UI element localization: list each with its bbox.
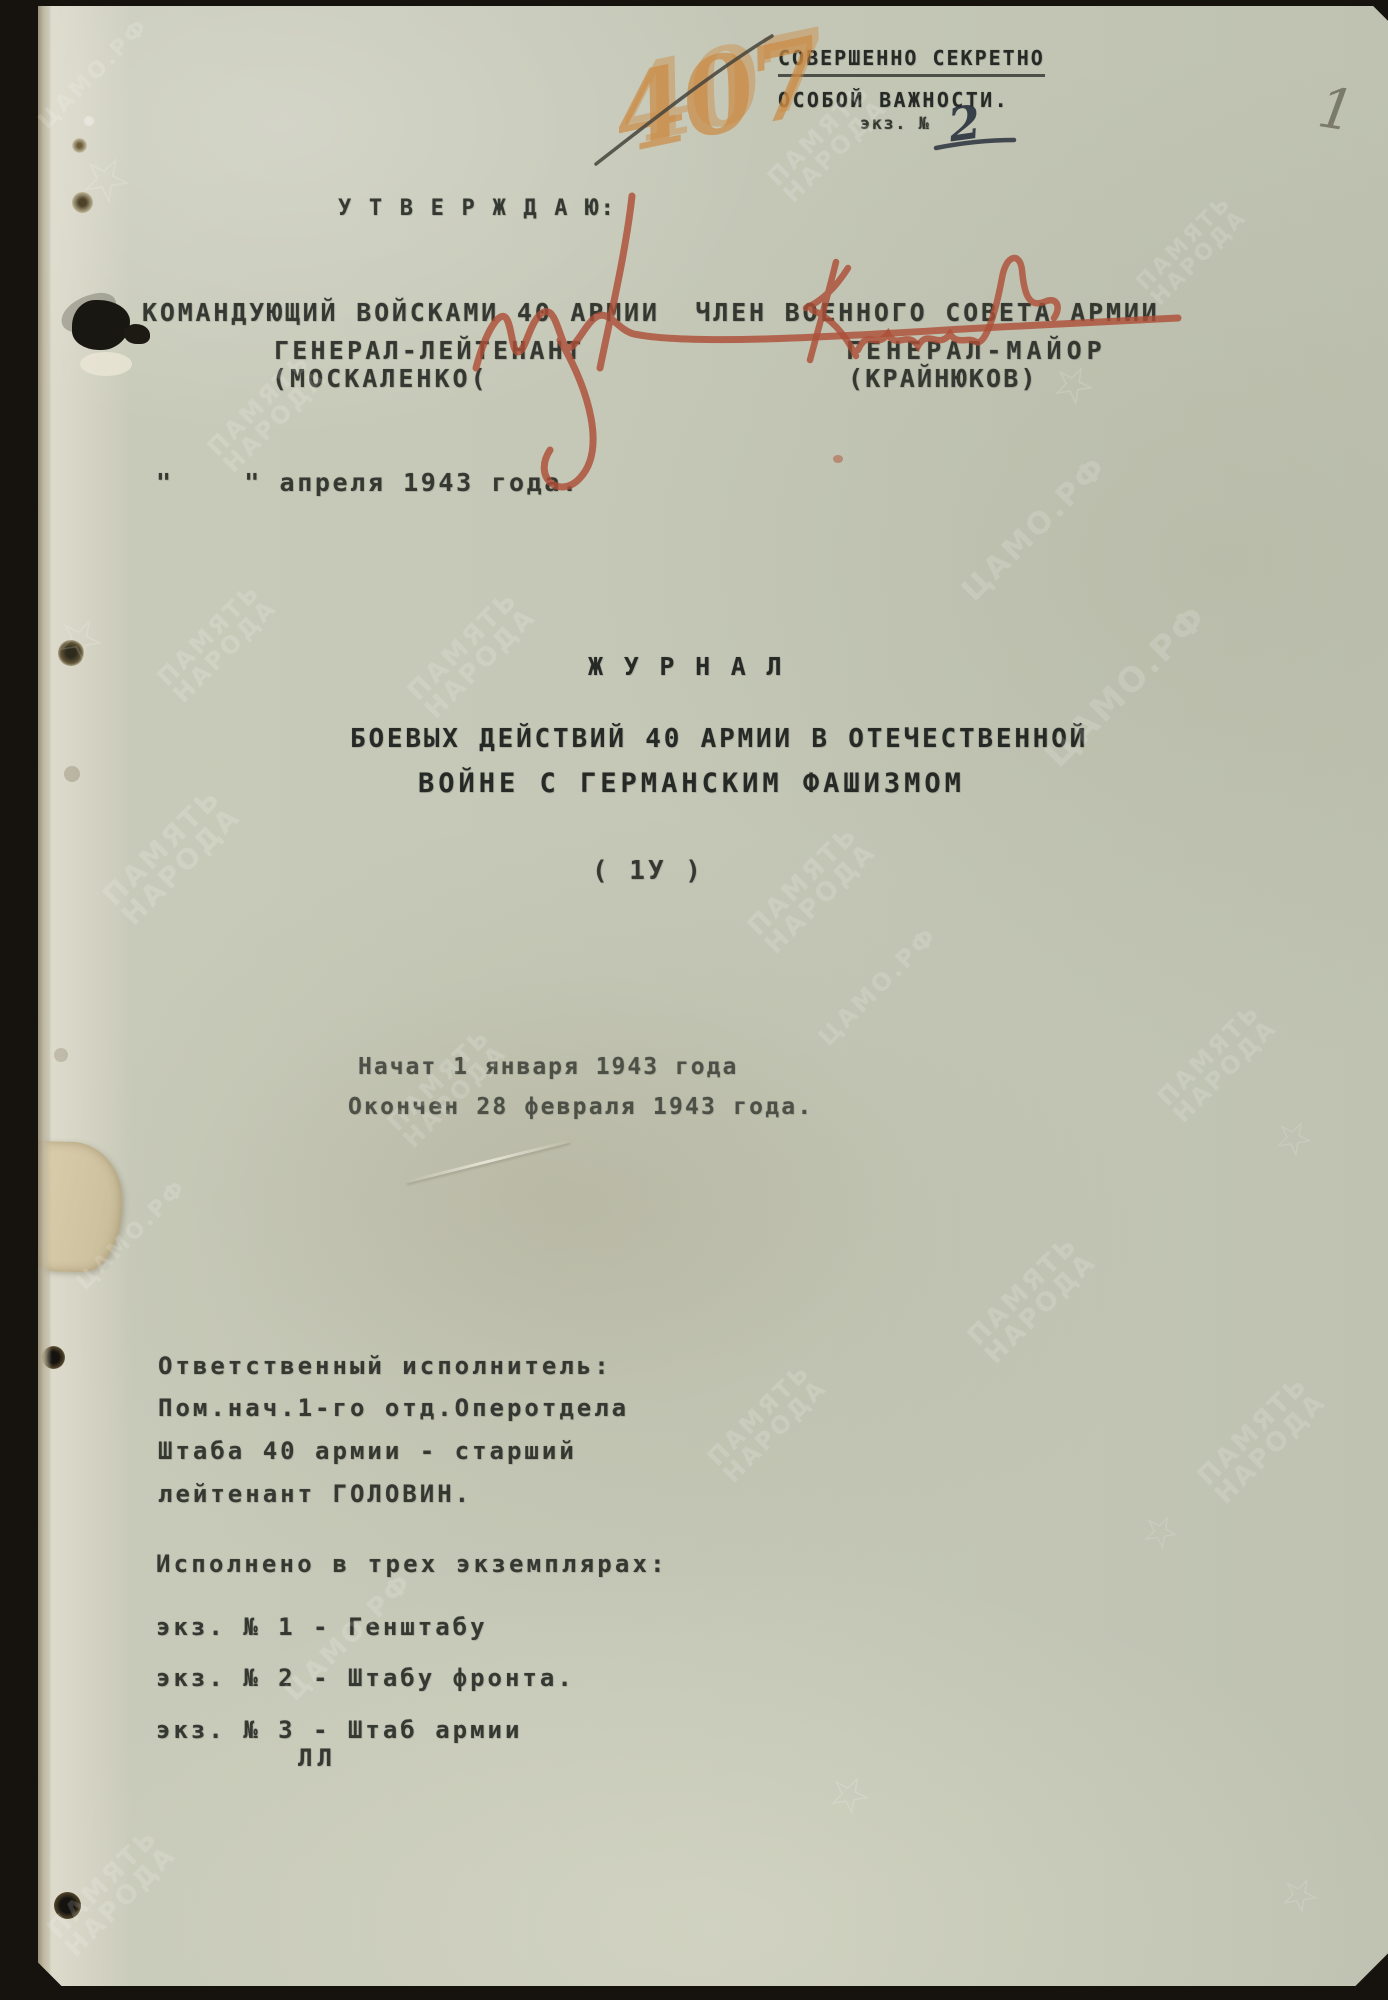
period-started: Начат 1 января 1943 года: [358, 1054, 738, 1080]
executor-line: Штаба 40 армии - старший: [158, 1437, 577, 1465]
volume-number: ( 1У ): [592, 856, 704, 886]
approval-heading: У Т В Е Р Ж Д А Ю:: [338, 196, 616, 221]
approval-date-line: " " апреля 1943 года.: [156, 468, 580, 497]
right-rank: ГЕНЕРАЛ-МАЙОР: [846, 336, 1107, 365]
classification-top-secret: СОВЕРШЕННО СЕКРЕТНО: [778, 46, 1045, 77]
scan-backdrop-corner: [38, 1951, 88, 1987]
page-edge: [38, 0, 52, 2000]
journal-title-line2: ВОЙНЕ С ГЕРМАНСКИМ ФАШИЗМОМ: [418, 768, 965, 799]
binding-margin-wear: [50, 0, 130, 2000]
executor-line: Ответственный исполнитель:: [158, 1352, 612, 1380]
classification-importance: ОСОБОЙ ВАЖНОСТИ.: [778, 88, 1009, 112]
left-name: (МОСКАЛЕНКО(: [272, 364, 489, 393]
journal-heading: Ж У Р Н А Л: [588, 652, 784, 681]
scan-backdrop: [0, 1986, 1388, 2000]
typist-initials: ЛЛ: [298, 1744, 337, 1772]
copies-heading: Исполнено в трех экземплярах:: [156, 1550, 668, 1578]
commanders-line: КОМАНДУЮЩИЙ ВОЙСКАМИ 40 АРМИИ ЧЛЕН ВОЕНН…: [142, 298, 1160, 327]
scanned-document: СОВЕРШЕННО СЕКРЕТНО ОСОБОЙ ВАЖНОСТИ. экз…: [0, 0, 1388, 2000]
copy-distribution-item: экз. № 3 - Штаб армии: [156, 1716, 522, 1744]
left-rank: ГЕНЕРАЛ-ЛЕЙТЕНАНТ: [274, 336, 584, 365]
copy-number-label: экз. №: [860, 114, 930, 134]
journal-title-line1: БОЕВЫХ ДЕЙСТВИЙ 40 АРМИИ В ОТЕЧЕСТВЕННОЙ: [350, 724, 1088, 754]
copy-distribution-item: экз. № 2 - Штабу фронта.: [156, 1664, 575, 1692]
executor-line: лейтенант ГОЛОВИН.: [158, 1480, 472, 1508]
scan-backdrop: [0, 0, 1388, 6]
copy-distribution-item: экз. № 1 - Генштабу: [156, 1613, 488, 1641]
right-name: (КРАЙНЮКОВ): [848, 364, 1038, 393]
period-finished: Окончен 28 февраля 1943 года.: [348, 1094, 813, 1120]
scan-backdrop-corner: [1324, 1941, 1388, 1987]
scan-backdrop-corner: [1358, 0, 1388, 34]
executor-line: Пом.нач.1-го отд.Оперотдела: [158, 1394, 629, 1422]
scan-backdrop: [0, 0, 38, 2000]
